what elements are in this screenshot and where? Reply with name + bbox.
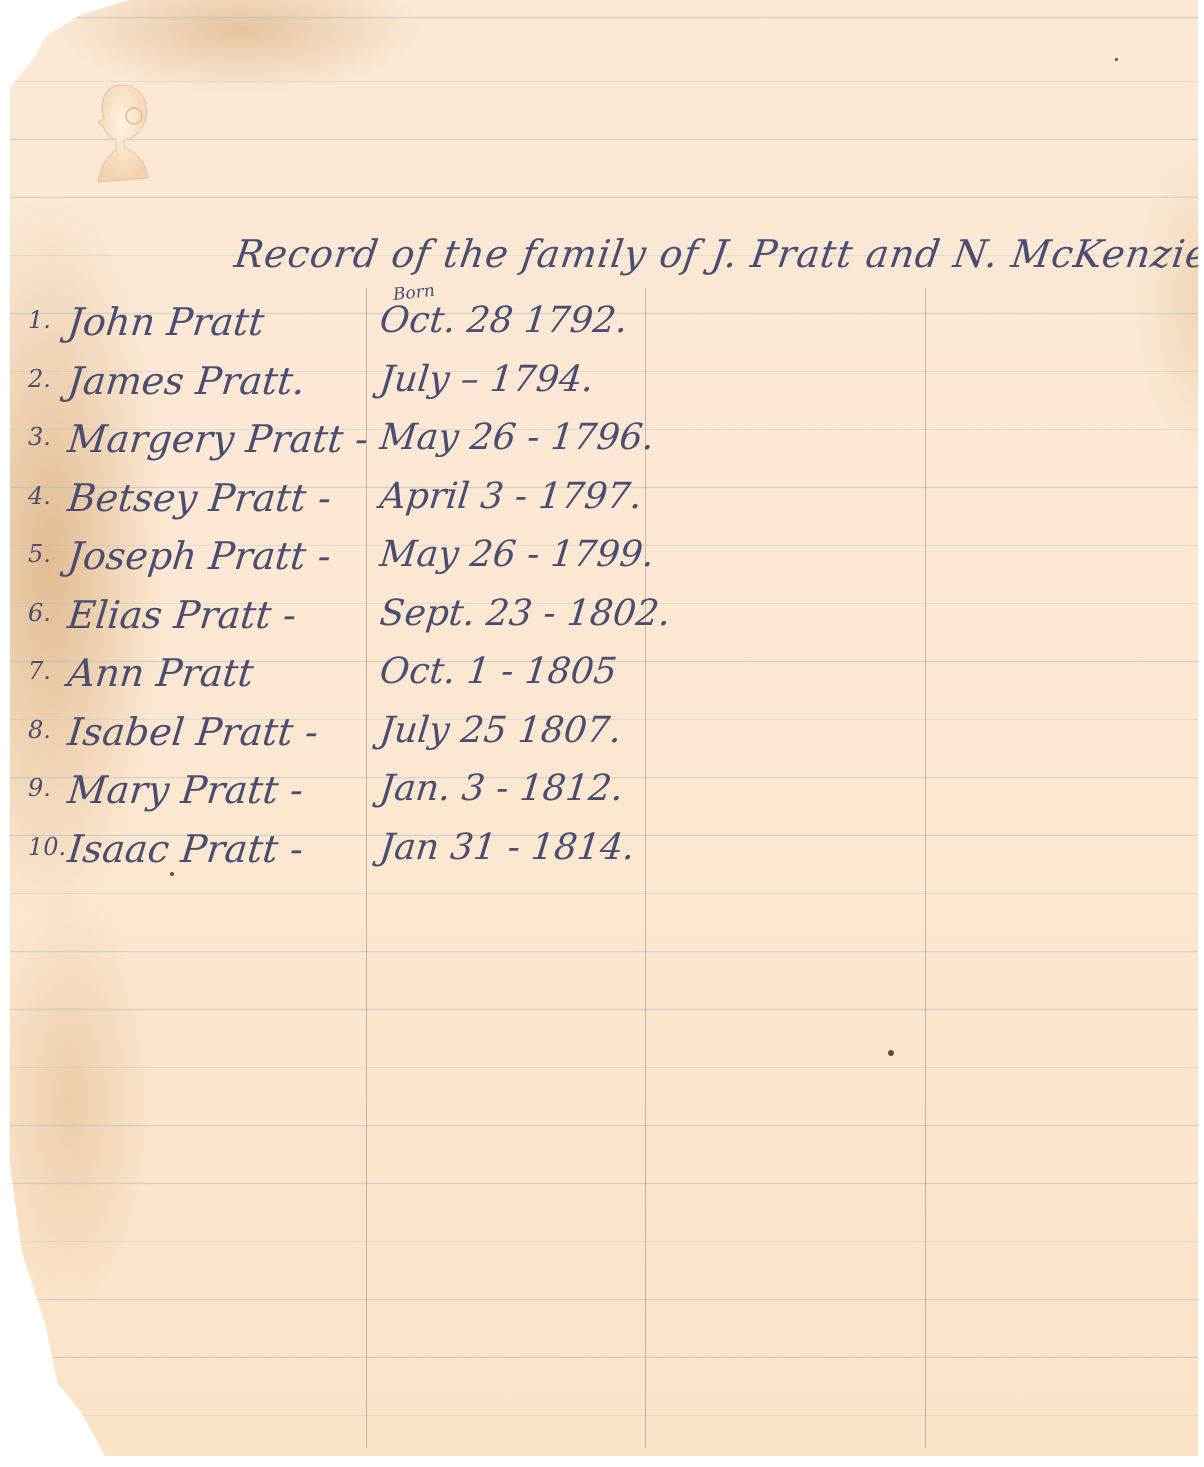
entry-name: Margery Pratt - [66, 417, 371, 461]
list-item: 9. Mary Pratt - Jan. 3 - 1812. [28, 768, 668, 827]
entry-name: Isaac Pratt - [66, 827, 306, 871]
entry-number: 2. [28, 365, 51, 393]
list-item: 1. John Pratt Oct. 28 1792. [28, 300, 668, 359]
entry-number: 1. [28, 306, 51, 334]
entry-number: 4. [28, 482, 51, 510]
ink-speck [1115, 58, 1118, 61]
entry-name: Betsey Pratt - [66, 476, 334, 520]
ledger-page: Record of the family of J. Pratt and N. … [10, 0, 1198, 1456]
entry-birth-date: Oct. 28 1792. [378, 300, 630, 341]
family-record-list: 1. John Pratt Oct. 28 1792. 2. James Pra… [28, 300, 668, 885]
entry-birth-date: Jan 31 - 1814. [378, 827, 637, 868]
entry-number: 5. [28, 540, 51, 568]
list-item: 4. Betsey Pratt - April 3 - 1797. [28, 476, 668, 535]
ink-speck [888, 1050, 894, 1056]
entry-name: Elias Pratt - [66, 593, 299, 637]
entry-name: John Pratt [66, 300, 267, 344]
entry-birth-date: Oct. 1 - 1805 [378, 651, 619, 692]
entry-name: James Pratt. [66, 359, 308, 403]
entry-birth-date: Jan. 3 - 1812. [378, 768, 625, 809]
entry-name: Ann Pratt [66, 651, 256, 695]
list-item: 8. Isabel Pratt - July 25 1807. [28, 710, 668, 769]
entry-birth-date: July 25 1807. [378, 710, 624, 751]
entry-birth-date: April 3 - 1797. [378, 476, 644, 517]
entry-number: 9. [28, 774, 51, 802]
entry-birth-date: Sept. 23 - 1802. [378, 593, 673, 634]
entry-number: 8. [28, 716, 51, 744]
embossed-cameo-icon [94, 82, 150, 186]
list-item: 2. James Pratt. July – 1794. [28, 359, 668, 418]
entry-birth-date: May 26 - 1796. [378, 417, 656, 458]
entry-number: 7. [28, 657, 51, 685]
entry-number: 6. [28, 599, 51, 627]
ink-speck [170, 872, 174, 876]
entry-name: Isabel Pratt - [66, 710, 321, 754]
list-item: 7. Ann Pratt Oct. 1 - 1805 [28, 651, 668, 710]
page-title: Record of the family of J. Pratt and N. … [232, 232, 1204, 276]
list-item: 6. Elias Pratt - Sept. 23 - 1802. [28, 593, 668, 652]
entry-name: Joseph Pratt - [66, 534, 333, 578]
entry-number: 3. [28, 423, 51, 451]
column-rule [925, 288, 926, 1448]
list-item: 10. Isaac Pratt - Jan 31 - 1814. [28, 827, 668, 886]
list-item: 5. Joseph Pratt - May 26 - 1799. [28, 534, 668, 593]
entry-birth-date: May 26 - 1799. [378, 534, 656, 575]
list-item: 3. Margery Pratt - May 26 - 1796. [28, 417, 668, 476]
entry-number: 10. [28, 833, 66, 861]
entry-birth-date: July – 1794. [378, 359, 596, 400]
entry-name: Mary Pratt - [66, 768, 306, 812]
